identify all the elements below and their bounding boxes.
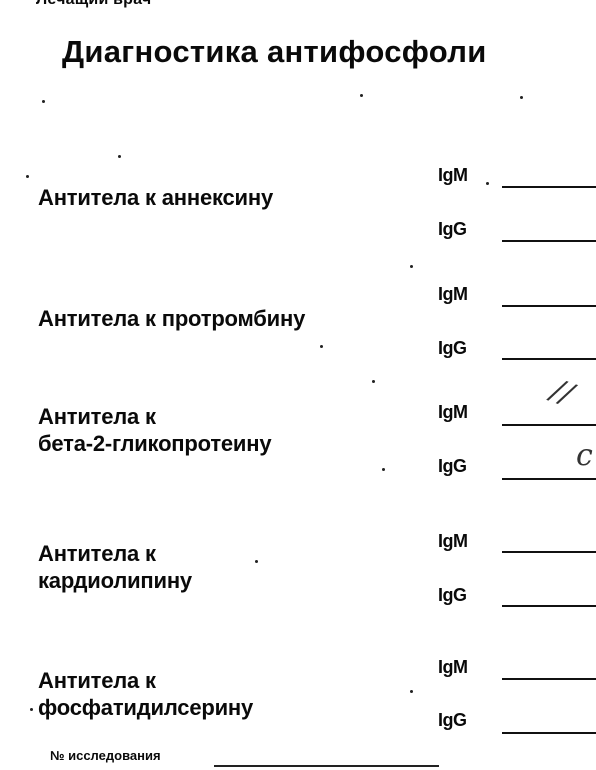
scan-speckle <box>410 265 413 268</box>
b2gp-igg-label: IgG <box>438 456 467 477</box>
cardiolipin-label-line2: кардиолипину <box>38 567 192 594</box>
cardiolipin-igm-label: IgM <box>438 531 468 552</box>
annexin-igg-label: IgG <box>438 219 467 240</box>
scan-speckle <box>382 468 385 471</box>
section-b2gp-label: Антитела к бета-2-гликопротеину <box>38 403 271 457</box>
scan-speckle <box>360 94 363 97</box>
b2gp-igm-label: IgM <box>438 402 468 423</box>
scan-speckle <box>520 96 523 99</box>
scan-speckle <box>118 155 121 158</box>
page-title: Диагностика антифосфоли <box>62 34 487 70</box>
attending-physician-label: Лечащий врач <box>36 0 151 9</box>
prothrombin-igm-label: IgM <box>438 284 468 305</box>
study-number-field[interactable] <box>214 765 439 767</box>
prothrombin-igg-field[interactable] <box>502 358 596 360</box>
cardiolipin-igg-field[interactable] <box>502 605 596 607</box>
annexin-igg-field[interactable] <box>502 240 596 242</box>
scan-speckle <box>255 560 258 563</box>
ps-igg-label: IgG <box>438 710 467 731</box>
cardiolipin-label-line1: Антитела к <box>38 540 192 567</box>
b2gp-igg-field[interactable] <box>502 478 596 480</box>
annexin-igm-label: IgM <box>438 165 468 186</box>
scan-speckle <box>26 175 29 178</box>
b2gp-igm-handwritten-value: // <box>547 373 578 413</box>
cardiolipin-igm-field[interactable] <box>502 551 596 553</box>
section-phosphatidylserine-label: Антитела к фосфатидилсерину <box>38 667 253 721</box>
annexin-igm-field[interactable] <box>502 186 596 188</box>
cardiolipin-igg-label: IgG <box>438 585 467 606</box>
b2gp-igg-handwritten-value: c <box>576 438 593 473</box>
scan-speckle <box>372 380 375 383</box>
b2gp-label-line1: Антитела к <box>38 403 271 430</box>
ps-label-line2: фосфатидилсерину <box>38 694 253 721</box>
b2gp-igm-field[interactable] <box>502 424 596 426</box>
ps-igm-field[interactable] <box>502 678 596 680</box>
scan-speckle <box>486 182 489 185</box>
section-annexin-label: Антитела к аннексину <box>38 184 273 211</box>
b2gp-label-line2: бета-2-гликопротеину <box>38 430 271 457</box>
ps-igg-field[interactable] <box>502 732 596 734</box>
study-number-label: № исследования <box>50 748 161 763</box>
ps-label-line1: Антитела к <box>38 667 253 694</box>
scan-speckle <box>42 100 45 103</box>
scan-speckle <box>30 708 33 711</box>
scan-speckle <box>320 345 323 348</box>
section-cardiolipin-label: Антитела к кардиолипину <box>38 540 192 594</box>
scan-speckle <box>410 690 413 693</box>
prothrombin-igm-field[interactable] <box>502 305 596 307</box>
section-prothrombin-label: Антитела к протромбину <box>38 305 305 332</box>
prothrombin-igg-label: IgG <box>438 338 467 359</box>
ps-igm-label: IgM <box>438 657 468 678</box>
